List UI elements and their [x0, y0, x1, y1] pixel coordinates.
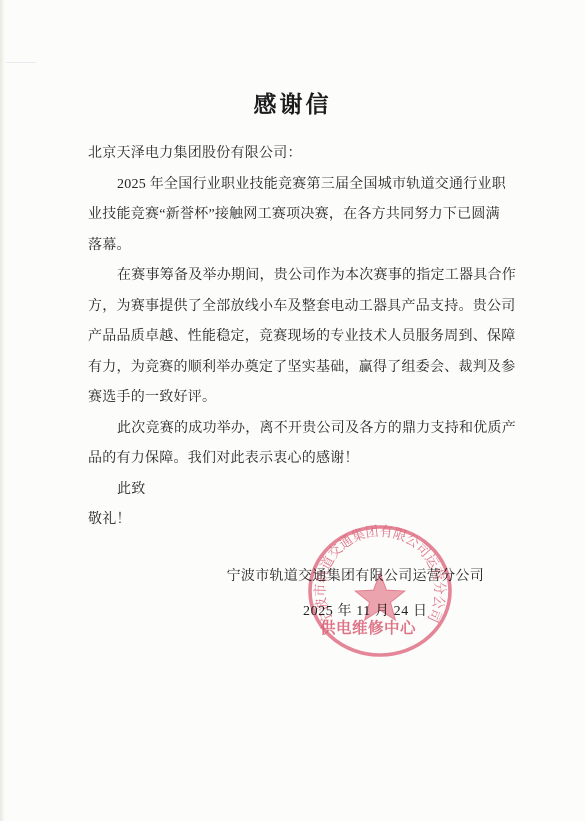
body-line-8: 有力，为竞赛的顺利举办奠定了坚实基础，赢得了组委会、裁判及参 — [88, 353, 500, 384]
letter-page: 感谢信 北京天泽电力集团股份有限公司：2025 年全国行业职业技能竞赛第三届全国… — [0, 0, 585, 821]
body-line-6: 方，为赛事提供了全部放线小车及整套电动工器具产品支持。贵公司 — [88, 292, 500, 323]
signature-company: 宁波市轨道交通集团有限公司运营分公司 — [227, 565, 484, 585]
body-line-3: 业技能竞赛“新誉杯”接触网工赛项决赛，在各方共同努力下已圆满 — [88, 200, 500, 231]
signature-date: 2025 年 11 月 24 日 — [303, 600, 428, 620]
scan-line-artifact — [6, 62, 36, 63]
body-line-4: 落幕。 — [88, 231, 500, 262]
body-line-1: 北京天泽电力集团股份有限公司： — [88, 139, 500, 170]
body-line-7: 产品品质卓越、性能稳定，竞赛现场的专业技术人员服务周到、保障 — [88, 322, 500, 353]
scan-edge-artifact — [0, 0, 5, 821]
body-lines: 北京天泽电力集团股份有限公司：2025 年全国行业职业技能竞赛第三届全国城市轨道… — [88, 139, 500, 536]
letter-title: 感谢信 — [0, 86, 585, 119]
body-line-11: 品的有力保障。我们对此表示衷心的感谢！ — [88, 444, 500, 475]
body-line-13: 敬礼！ — [88, 505, 500, 536]
body-line-9: 赛选手的一致好评。 — [88, 383, 500, 414]
body-line-5: 在赛事筹备及举办期间，贵公司作为本次赛事的指定工器具合作 — [88, 261, 500, 292]
body-line-2: 2025 年全国行业职业技能竞赛第三届全国城市轨道交通行业职 — [88, 170, 500, 201]
seal-ring — [310, 527, 450, 655]
body-line-12: 此致 — [88, 475, 500, 506]
seal-center-text: 供电维修中心 — [320, 618, 416, 637]
body-line-10: 此次竞赛的成功举办，离不开贵公司及各方的鼎力支持和优质产 — [88, 414, 500, 445]
